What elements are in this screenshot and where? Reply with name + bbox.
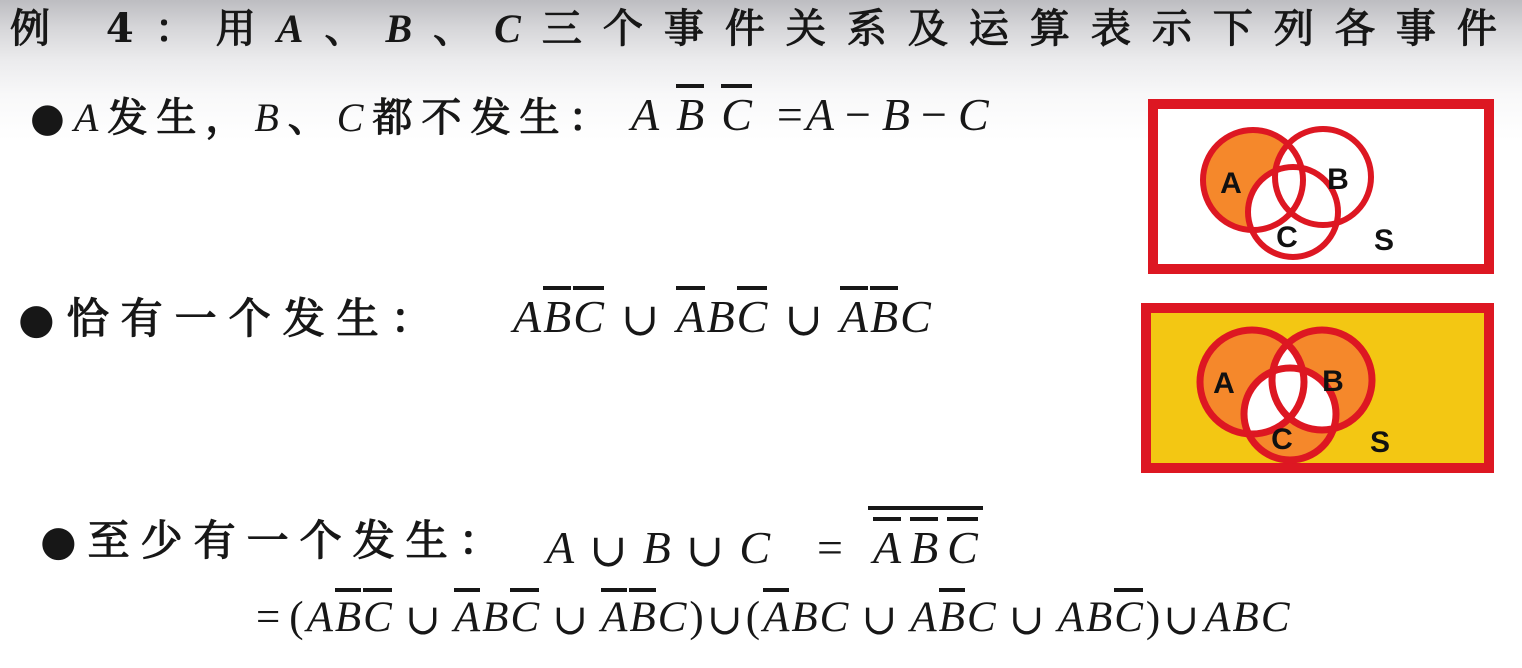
formula-at-least-one-expansion: =(ABC∪ABC∪ABC)∪(ABC∪ABC∪ABC)∪ABC: [255, 588, 1291, 642]
slide-title: 例 4：用A、B、C三个事件关系及运算表示下列各事件: [10, 0, 1518, 58]
formula-token: B: [254, 95, 287, 140]
formula-token: C: [737, 286, 768, 340]
formula-token: C: [721, 84, 752, 138]
formula-token: ∪: [621, 297, 660, 343]
formula-token: A: [454, 588, 480, 639]
venn-top-label-s: S: [1374, 224, 1394, 257]
formula-token: 发生，: [107, 94, 254, 141]
formula-token: A: [873, 517, 901, 571]
formula-token: A: [1058, 596, 1084, 639]
formula-token: ∪: [861, 599, 897, 642]
formula-token: ∪: [784, 297, 823, 343]
venn-bottom-label-c: C: [1271, 423, 1293, 456]
formula-token: C: [363, 588, 392, 639]
formula-token: A: [546, 525, 574, 571]
bullet-1-text: ●A发生，B、C都不发生：: [30, 92, 617, 144]
formula-token: 、: [324, 5, 385, 52]
formula-token: B: [1086, 596, 1112, 639]
formula-token: ∪: [1009, 599, 1045, 642]
formula-token: (: [289, 596, 303, 639]
formula-token: ●: [40, 516, 88, 565]
formula-token: A: [513, 294, 541, 340]
formula-token: C: [958, 92, 989, 138]
formula-exactly-one: ABC∪ABC∪ABC: [512, 286, 932, 343]
venn-top-label-c: C: [1276, 221, 1298, 254]
formula-token: 都不发生：: [372, 94, 617, 141]
formula-token: B: [791, 596, 817, 639]
formula-token: C: [900, 294, 931, 340]
formula-token: A: [763, 588, 789, 639]
formula-token: B: [910, 517, 938, 571]
formula-token: ∪: [589, 528, 628, 574]
venn-diagram-a-minus-b-minus-c: A B C S: [1147, 98, 1495, 279]
formula-token: A: [910, 596, 936, 639]
formula-token: B: [1233, 596, 1259, 639]
formula-token: A: [601, 588, 627, 639]
formula-token: =: [777, 92, 803, 138]
formula-token: C: [820, 596, 849, 639]
formula-token: ): [1146, 596, 1160, 639]
formula-token: 恰有一个发生：: [67, 294, 445, 343]
formula-token: A: [806, 92, 834, 138]
formula-group: ABC: [868, 506, 983, 571]
formula-token: A: [631, 92, 659, 138]
venn-bottom-label-b: B: [1322, 365, 1344, 398]
formula-token: 、: [288, 94, 337, 141]
formula-token: ∪: [552, 599, 588, 642]
formula-token: B: [643, 525, 671, 571]
formula-token: C: [1261, 596, 1290, 639]
formula-token: ∪: [1163, 599, 1199, 642]
formula-token: B: [543, 286, 571, 340]
formula-token: C: [573, 286, 604, 340]
formula-token: −: [921, 92, 947, 138]
venn-bottom-label-a: A: [1213, 367, 1235, 400]
formula-token: B: [385, 6, 433, 51]
formula-token: B: [882, 92, 910, 138]
venn-top-svg: A B C S: [1147, 98, 1495, 275]
formula-token: B: [335, 588, 361, 639]
formula-token: C: [967, 596, 996, 639]
formula-token: ●: [18, 294, 67, 343]
formula-token: 例 4：: [10, 5, 216, 52]
formula-token: ): [689, 596, 703, 639]
formula-token: 至少有一个发生：: [88, 516, 512, 565]
formula-token: A: [840, 286, 868, 340]
venn-diagram-exactly-one: A B C S: [1140, 302, 1495, 478]
formula-token: B: [707, 294, 735, 340]
formula-token: A: [1204, 596, 1230, 639]
formula-token: ∪: [405, 599, 441, 642]
venn-bottom-label-s: S: [1370, 426, 1390, 459]
venn-top-label-b: B: [1327, 163, 1349, 196]
formula-token: −: [845, 92, 871, 138]
formula-token: (: [746, 596, 760, 639]
formula-token: C: [510, 588, 539, 639]
formula-token: C: [739, 525, 770, 571]
formula-token: A: [307, 596, 333, 639]
formula-at-least-one: A∪B∪C=ABC: [545, 506, 984, 574]
formula-token: C: [947, 517, 978, 571]
formula-token: ∪: [707, 599, 743, 642]
formula-token: B: [939, 588, 965, 639]
formula-token: C: [494, 6, 542, 51]
formula-token: C: [337, 95, 373, 140]
formula-token: C: [1114, 588, 1143, 639]
formula-token: 三个事件关系及运算表示下列各事件: [542, 5, 1518, 52]
formula-token: C: [658, 596, 687, 639]
formula-token: A: [676, 286, 704, 340]
formula-token: A: [277, 6, 325, 51]
venn-bottom-svg: A B C S: [1140, 302, 1495, 474]
formula-token: B: [482, 596, 508, 639]
bullet-3-text: ●至少有一个发生：: [40, 514, 512, 569]
formula-token: =: [817, 525, 843, 571]
formula-token: 用: [216, 5, 277, 52]
bullet-2-text: ●恰有一个发生：: [18, 292, 445, 347]
formula-token: ∪: [686, 528, 725, 574]
venn-top-label-a: A: [1220, 167, 1242, 200]
formula-token: =: [256, 596, 280, 639]
formula-token: B: [870, 286, 898, 340]
formula-token: 、: [433, 5, 494, 52]
formula-a-not-b-not-c: ABC=A−B−C: [630, 84, 990, 141]
lecture-slide: 例 4：用A、B、C三个事件关系及运算表示下列各事件 ●A发生，B、C都不发生：…: [0, 0, 1522, 668]
formula-token: B: [629, 588, 655, 639]
formula-token: A: [74, 95, 107, 140]
formula-token: B: [676, 84, 704, 138]
formula-token: ●: [30, 94, 74, 141]
